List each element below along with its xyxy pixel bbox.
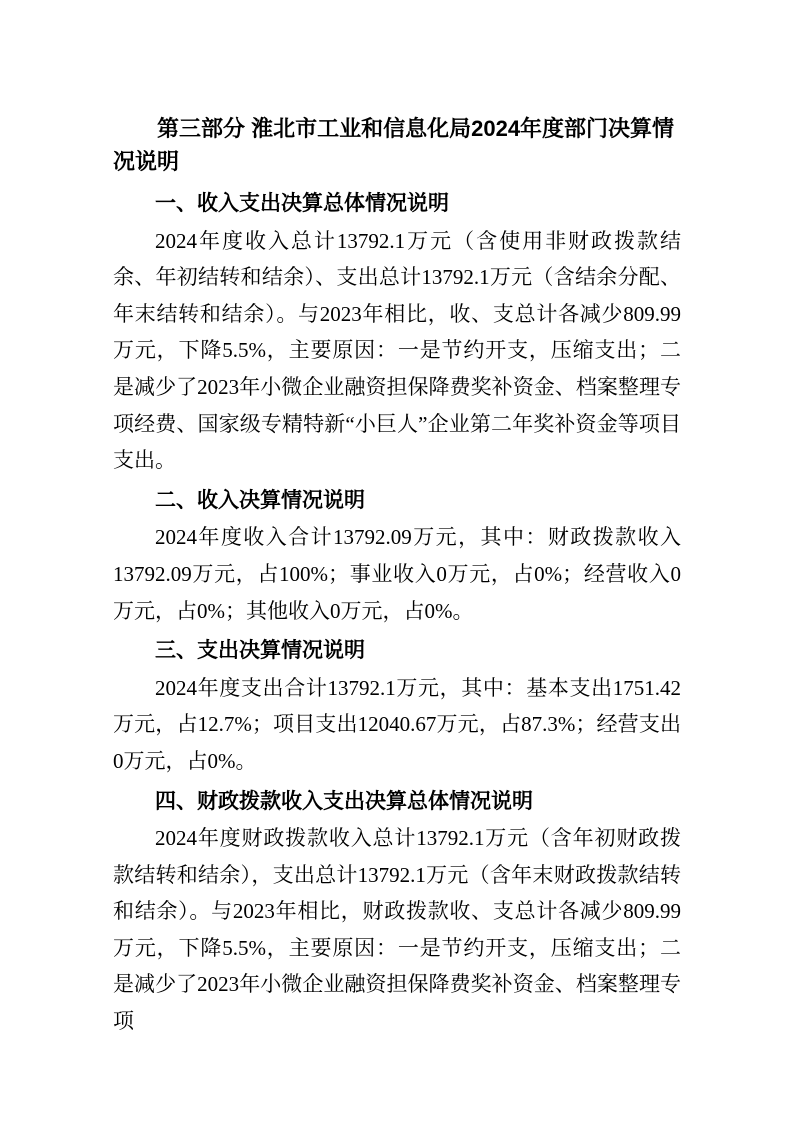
section-paragraph-fiscal-appropriation-overall: 2024年度财政拨款收入总计13792.1万元（含年初财政拨款结转和结余），支出… [113,820,681,1040]
section-paragraph-expenditure-details: 2024年度支出合计13792.1万元，其中：基本支出1751.42万元，占12… [113,670,681,780]
section-heading-income-details: 二、收入决算情况说明 [113,483,681,520]
section-paragraph-income-expenditure-overall: 2024年度收入总计13792.1万元（含使用非财政拨款结余、年初结转和结余）、… [113,223,681,479]
section-paragraph-income-details: 2024年度收入合计13792.09万元，其中：财政拨款收入13792.09万元… [113,519,681,629]
section-heading-fiscal-appropriation-overall: 四、财政拨款收入支出决算总体情况说明 [113,784,681,821]
section-heading-income-expenditure-overall: 一、收入支出决算总体情况说明 [113,186,681,223]
document-title: 第三部分 淮北市工业和信息化局2024年度部门决算情况说明 [113,112,681,178]
document-page: 第三部分 淮北市工业和信息化局2024年度部门决算情况说明 一、收入支出决算总体… [0,0,794,1122]
section-heading-expenditure-details: 三、支出决算情况说明 [113,633,681,670]
